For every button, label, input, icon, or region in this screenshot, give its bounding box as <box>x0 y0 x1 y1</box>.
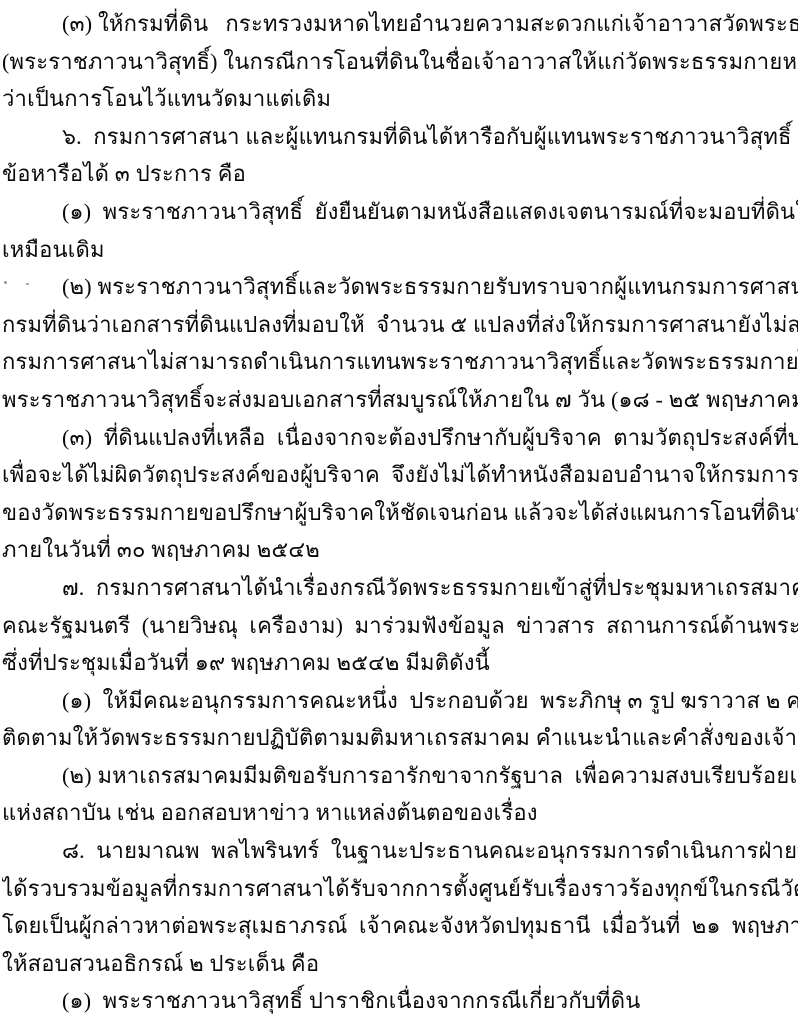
text-line: ๘. นายมาณพ พลไพรินทร์ ในฐานะประธานคณะอนุ… <box>2 832 798 870</box>
text-line: โดยเป็นผู้กล่าวหาต่อพระสุเมธาภรณ์ เจ้าคณ… <box>2 907 798 945</box>
text-line: (๒) มหาเถรสมาคมมีมติขอรับการอารักขาจากรั… <box>2 757 798 795</box>
text-line: กรมที่ดินว่าเอกสารที่ดินแปลงที่มอบให้ จำ… <box>2 306 798 344</box>
text-line: เหมือนเดิม <box>2 231 798 269</box>
scanned-document-page: (๓) ให้กรมที่ดิน กระทรวงมหาดไทยอำนวยความ… <box>0 0 800 1029</box>
text-line: ๖. กรมการศาสนา และผู้แทนกรมที่ดินได้หารื… <box>2 118 798 156</box>
text-line: ได้รวบรวมข้อมูลที่กรมการศาสนาได้รับจากกา… <box>2 870 798 908</box>
text-line: ว่าเป็นการโอนไว้แทนวัดมาแต่เดิม <box>2 80 798 118</box>
text-line: กรมการศาสนาไม่สามารถดำเนินการแทนพระราชภา… <box>2 343 798 381</box>
text-line: (๓) ให้กรมที่ดิน กระทรวงมหาดไทยอำนวยความ… <box>2 5 798 43</box>
text-line: (พระราชภาวนาวิสุทธิ์) ในกรณีการโอนที่ดิน… <box>2 43 798 81</box>
text-line: (๓) ที่ดินแปลงที่เหลือ เนื่องจากจะต้องปร… <box>2 419 798 457</box>
text-line: (๒) พระราชภาวนาวิสุทธิ์และวัดพระธรรมกายร… <box>2 268 798 306</box>
scan-speck <box>26 283 29 285</box>
text-line: ข้อหารือได้ ๓ ประการ คือ <box>2 155 798 193</box>
document-text-block: (๓) ให้กรมที่ดิน กระทรวงมหาดไทยอำนวยความ… <box>2 5 798 1020</box>
text-line: ซึ่งที่ประชุมเมื่อวันที่ ๑๙ พฤษภาคม ๒๕๔๒… <box>2 644 798 682</box>
text-line: ๗. กรมการศาสนาได้นำเรื่องกรณีวัดพระธรรมก… <box>2 569 798 607</box>
text-line: พระราชภาวนาวิสุทธิ์จะส่งมอบเอกสารที่สมบู… <box>2 381 798 419</box>
scan-speck <box>4 281 7 284</box>
text-line: (๑) พระราชภาวนาวิสุทธิ์ ยังยืนยันตามหนัง… <box>2 193 798 231</box>
text-line: (๑) ให้มีคณะอนุกรรมการคณะหนึ่ง ประกอบด้ว… <box>2 682 798 720</box>
text-line: (๑) พระราชภาวนาวิสุทธิ์ ปาราชิกเนื่องจาก… <box>2 982 798 1020</box>
text-line: ติดตามให้วัดพระธรรมกายปฏิบัติตามมติมหาเถ… <box>2 719 798 757</box>
text-line: คณะรัฐมนตรี (นายวิษณุ เครืองาม) มาร่วมฟั… <box>2 607 798 645</box>
text-line: เพื่อจะได้ไม่ผิดวัตถุประสงค์ของผู้บริจาค… <box>2 456 798 494</box>
text-line: แห่งสถาบัน เช่น ออกสอบหาข่าว หาแหล่งต้นต… <box>2 794 798 832</box>
text-line: ให้สอบสวนอธิกรณ์ ๒ ประเด็น คือ <box>2 945 798 983</box>
text-line: ของวัดพระธรรมกายขอปรึกษาผู้บริจาคให้ชัดเ… <box>2 494 798 532</box>
text-line: ภายในวันที่ ๓๐ พฤษภาคม ๒๕๔๒ <box>2 531 798 569</box>
